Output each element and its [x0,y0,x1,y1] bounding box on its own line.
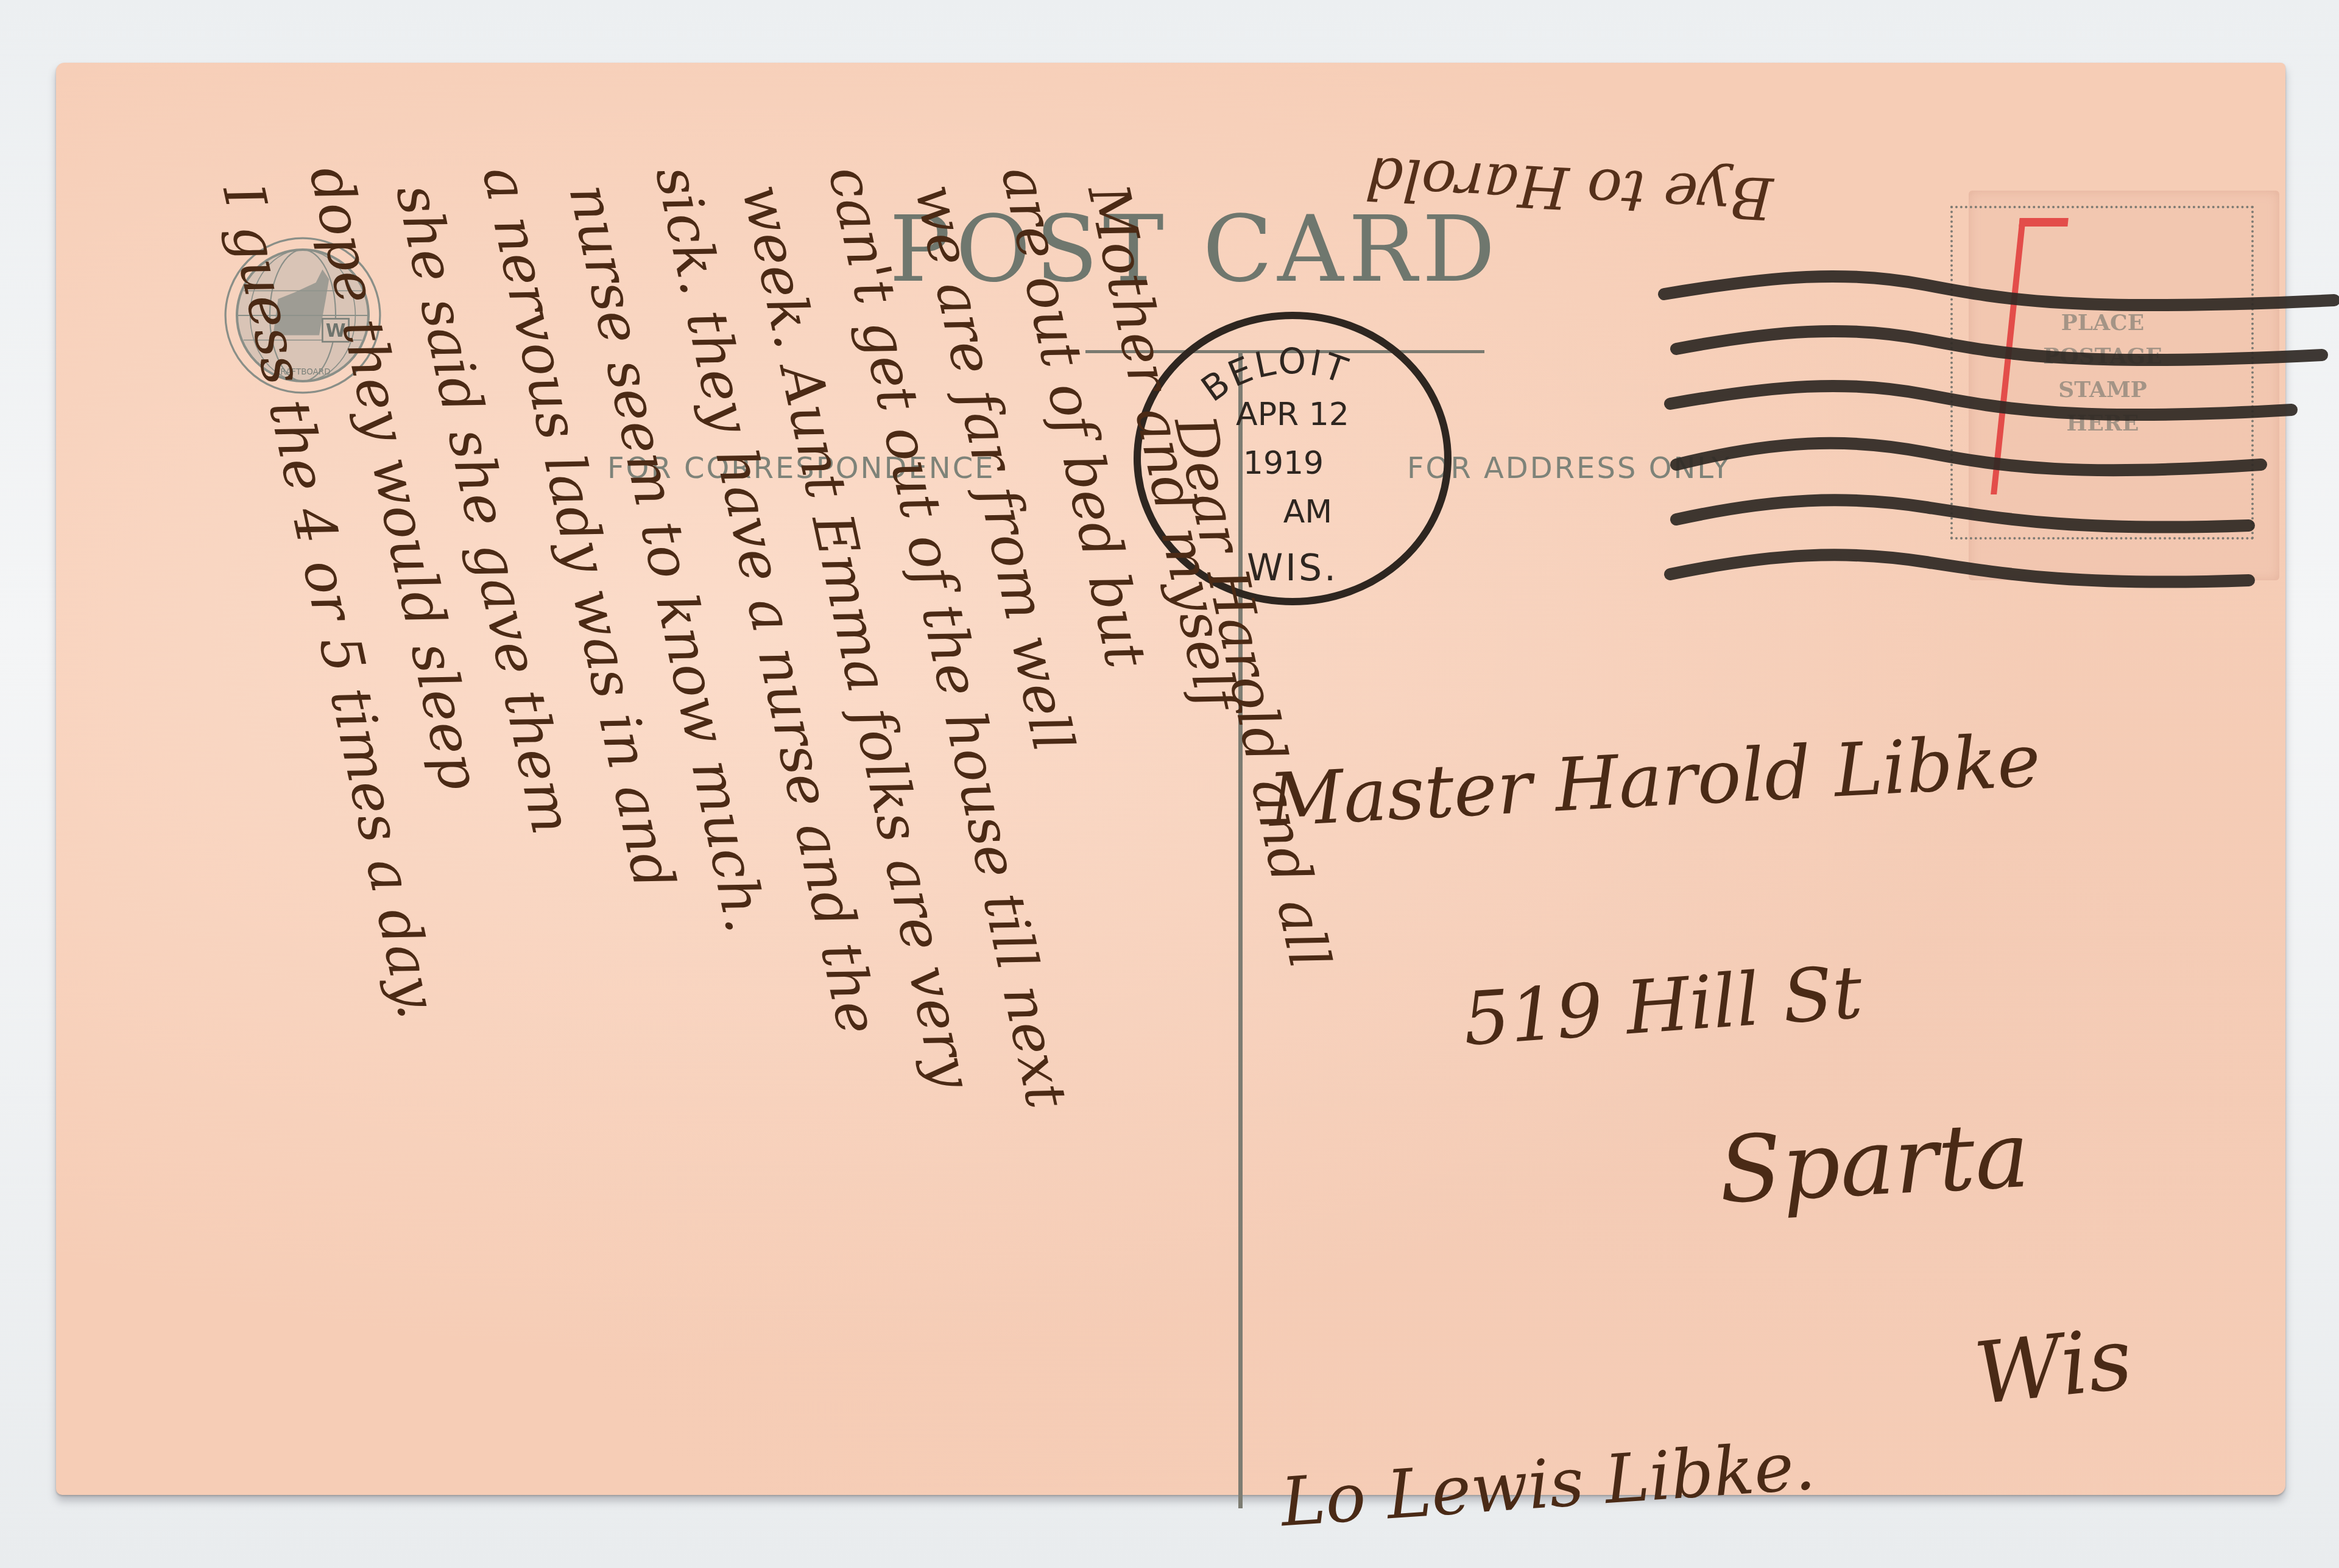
recipient-state: Wis [1970,1309,2137,1424]
postmark-time: AM [1283,494,1332,530]
recipient-street: 519 Hill St [1461,950,1865,1062]
recipient-name: Master Harold Libke [1266,719,2042,843]
recipient-city: Sparta [1716,1102,2032,1224]
postmark-date: APR 12 [1236,396,1349,433]
postmark-year: 1919 [1243,445,1324,482]
handwritten-message: Dear Harold and allMother and myselfare … [147,148,1232,1518]
sender-signature: Lo Lewis Libke. [1279,1427,1818,1542]
postcard: W KRAFTBOARD POST CARD FOR CORRESPONDENC… [56,63,2285,1495]
cancellation-lines-icon [1652,258,2339,599]
